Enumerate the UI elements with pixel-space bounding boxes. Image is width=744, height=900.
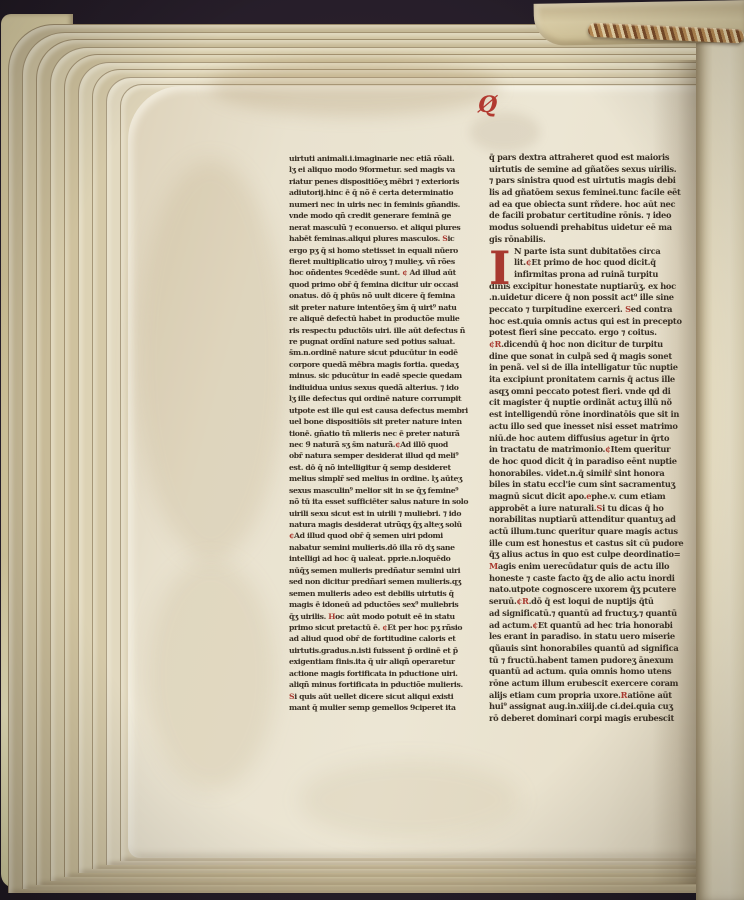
text-line: de facili probatur certitudine rōnis. ⁊ … (489, 210, 705, 222)
text-line: magnū sicut dicit apo.ephe.v. cum etiam (489, 491, 705, 503)
text-line: re pugnat ordĩni nature sed potius salua… (289, 336, 477, 347)
text-line: sed non dicitur predñari semen mulieris.… (289, 576, 477, 587)
text-line: hoc est.quia omnis actus qui est in prec… (489, 316, 705, 328)
text-line: ille cum est honestus et castus sit cū p… (489, 538, 705, 550)
text-line: niū.de hoc autem diffusius agetur in q̄r… (489, 433, 705, 445)
text-line: lit.¢Et primo de hoc quod dicit.q̄ (489, 257, 705, 269)
text-line: est intelligendū rōne inordinatōis que s… (489, 409, 705, 421)
text-line: dinis excipitur honestate nuptiarūʒ. ex … (489, 281, 705, 293)
text-line: natura magis desiderat utrũqʒ q̄ʒ alteʒ … (289, 519, 477, 530)
text-line: actu illo sed que inesset nisi esset mat… (489, 421, 705, 433)
text-line: alijs etiam cum propria uxore.Ratiōne aū… (489, 690, 705, 702)
text-line: nerat masculũ ⁊ econuerso. et aliqui plu… (289, 222, 477, 233)
text-line: mant q̄ mulier semp gemellos 9ciperet it… (289, 702, 477, 713)
text-line: primo sicut pretactū ē. ¢Et per hoc pʒ r… (289, 622, 477, 633)
text-line: les erant in paradiso. in statu uero mis… (489, 631, 705, 643)
text-line: semen mulieris adeo est debilis uirtutis… (289, 588, 477, 599)
text-line: numeri nec in uiris nec in feminis gñand… (289, 199, 477, 210)
text-line: fieret multiplicatio uiroʒ ⁊ mulieʒ. vñ … (289, 256, 477, 267)
text-line: corpore quedã mēbra magis fortia. quedaʒ (289, 359, 477, 370)
text-column-left: uirtuti animali.i.imaginarie nec etiã rõ… (289, 153, 477, 713)
text-line: asqʒ omni peccato potest fieri. vnde qd … (489, 386, 705, 398)
photo-background: Q̸ uirtuti animali.i.imaginarie nec etiã… (0, 0, 744, 900)
text-line: nõ tū ita esset sufficiēter salus nature… (289, 496, 477, 507)
text-line: minus. sic pducūtur in eadē specie queda… (289, 370, 477, 381)
text-line: obr̄ natura semper desiderat illud qd me… (289, 450, 477, 461)
text-line: honeste ⁊ caste facto q̄ʒ de alio actu i… (489, 573, 705, 585)
text-line: in penã. vel si de illa intelligatur tūc… (489, 362, 705, 374)
text-line: ad aliud quod obr̄ de fortitudine calori… (289, 633, 477, 644)
text-line: vnde modo qñ credit generare feminã ge (289, 210, 477, 221)
text-line: est. dō q̄ nõ intelligitur q̄ semp desid… (289, 462, 477, 473)
text-line: adiutorij.hinc ē q̄ nõ ē certa determina… (289, 187, 477, 198)
text-line: q̄ʒ uirilis. Hoc aūt modo potuit eē in s… (289, 611, 477, 622)
text-line: riatur penes dispositiõeʒ mēbri ⁊ exteri… (289, 176, 477, 187)
text-line: seruū.¢R.dō q̄ est loqui de nuptijs q̄tū (489, 596, 705, 608)
text-line: ad actum.¢Et quantū ad hec tria honorabi (489, 620, 705, 632)
quire-signature-mark: Q̸ (478, 94, 497, 116)
text-line: uel bone dispositiõis sit preter nature … (289, 416, 477, 427)
text-line: onatus. dō q̄ phūs nõ uult dicere q̄ fem… (289, 290, 477, 301)
text-line: peccato ⁊ turpitudine exerceri. Sed cont… (489, 304, 705, 316)
text-line: ad significatū.⁊ quantū ad fructuʒ.⁊ qua… (489, 608, 705, 620)
text-line: ris respectu pductõis uiri. ille aūt def… (289, 325, 477, 336)
text-line: qũauis sint honorabiles quantū ad signif… (489, 643, 705, 655)
text-line: gis rōnabilis. (489, 234, 705, 246)
text-line: uirtutis.gradus.n.isti fuissent p̄ ordin… (289, 645, 477, 656)
text-line: potest fieri sine peccato. ergo ⁊ coitus… (489, 327, 705, 339)
text-line: ergo pʒ q̄ si homo stetisset in equali n… (289, 245, 477, 256)
text-line: ¢Ad illud quod obr̄ q̄ semen uiri pdomi (289, 530, 477, 541)
text-line: tionē. gñatio tñ mlieris nec ē preter na… (289, 428, 477, 439)
text-line: cit magister q̄ nuptie ordinãt actuʒ ill… (489, 397, 705, 409)
text-line: q̄ʒ alius actus in quo est culpe deordin… (489, 549, 705, 561)
text-line: melius simplr̄ sed melius in ordine. lʒ … (289, 473, 477, 484)
text-line: hui⁹ assignat aug.in.xiiij.de ci.dei.qui… (489, 701, 705, 713)
text-line: intelligi ad hoc q̄ ualeat. pprie.n.loqu… (289, 553, 477, 564)
text-line: aliqñ minus fortificata in pductiõe muli… (289, 679, 477, 690)
text-line: sexus masculin⁹ melior sit in se q̄ʒ fem… (289, 485, 477, 496)
text-line: lis ad gñatōem sexus feminei.tunc facile… (489, 187, 705, 199)
text-line: quantū ad actum. quia omnis homo utens (489, 666, 705, 678)
text-line: Si quis aūt uellet dicere sicut aliqui e… (289, 691, 477, 702)
text-line: de hoc quod dicit q̄ in paradiso eēnt nu… (489, 456, 705, 468)
text-line: nec 9̄ naturã sʒ s̄m naturã.¢Ad illō quo… (289, 439, 477, 450)
text-line: in tractatu de matrimonio.¢Item queritur (489, 444, 705, 456)
text-line: approbēt a iure naturali.Si tu dicas q̄ … (489, 503, 705, 515)
text-line: rō deberet dominari corpi magis erubesci… (489, 713, 705, 725)
text-line: s̄m.n.ordinē nature sicut pducūtur in eo… (289, 347, 477, 358)
text-line: .n.uidetur dicere q̄ non possit act⁹ ill… (489, 292, 705, 304)
text-line: re aliquē defectū habet in productõe mul… (289, 313, 477, 324)
text-line: magis ē idoneū ad pductões sex⁹ muliebri… (289, 599, 477, 610)
text-line: indiuidua unius sexus quedã alterius. ⁊ … (289, 382, 477, 393)
text-line: quod primo obr̄ q̄ femina dicitur uir oc… (289, 279, 477, 290)
text-line: tū ⁊ fructū.habent tamen pudoreʒ ānexum (489, 655, 705, 667)
text-line: uirtutis de semine ad gñatões sexus uiri… (489, 164, 705, 176)
text-line: modus soluendi prehabitus uidetur eē ma (489, 222, 705, 234)
text-line: dine que sonat in culpã sed q̄ magis son… (489, 351, 705, 363)
text-column-right: q̄ pars dextra attraheret quod est maior… (489, 152, 705, 725)
text-line: uirtuti animali.i.imaginarie nec etiã rõ… (289, 153, 477, 164)
text-line: nabatur semini mulieris.dō illa rō dʒ sa… (289, 542, 477, 553)
text-line: nūq̄ʒ semen mulieris predñatur semini ui… (289, 565, 477, 576)
text-line: ⁊ pars sinistra quod est uirtutis magis … (489, 175, 705, 187)
text-line: habēt feminas.aliqui plures masculos. Si… (289, 233, 477, 244)
text-line: honorabiles. videt.n.q̄ similr̄ sint hon… (489, 468, 705, 480)
text-line: biles in statu eccl'ie cum sint sacramen… (489, 479, 705, 491)
text-line: actione magis fortificata in pductione u… (289, 668, 477, 679)
text-line: utpote est ille qui est causa defectus m… (289, 405, 477, 416)
text-line: sit preter nature intentõeʒ s̄m q̄ uirt⁹… (289, 302, 477, 313)
drop-cap-initial: I (489, 246, 511, 290)
text-line: nato.utpote cognoscere uxorem q̄ʒ pcuter… (489, 584, 705, 596)
text-line: rōne actum illum erubescit exercere cora… (489, 678, 705, 690)
text-line: lʒ ei aliquo modo 9formetur. sed magis v… (289, 164, 477, 175)
text-line: actū illum.tunc queritur quare magis act… (489, 526, 705, 538)
text-line: ad ea que obiecta sunt rñdere. hoc aūt n… (489, 199, 705, 211)
text-line: Magis enim uerecūdatur quis de actu illo (489, 561, 705, 573)
text-line: N parte ista sunt dubitatões circa (489, 246, 705, 258)
text-line: lʒ ille defectus qui ordinē nature corru… (289, 393, 477, 404)
text-line: ¢R.dicendū q̄ hoc non dicitur de turpitu (489, 339, 705, 351)
text-line: exigentiam finis.ita q̄ uir aliqñ operar… (289, 656, 477, 667)
text-line: uirili sexu sicut est in uirili ⁊ mulieb… (289, 508, 477, 519)
text-line: hoc oñdentes 9cedēde sunt. ¢ Ad illud aū… (289, 267, 477, 278)
text-line: q̄ pars dextra attraheret quod est maior… (489, 152, 705, 164)
text-line: ita excipiunt pronitatem carnis q̄ actus… (489, 374, 705, 386)
text-line: norabilitas nuptiarū attenditur quantuʒ … (489, 514, 705, 526)
text-line: infirmitas prona ad ruinã turpitu (489, 269, 705, 281)
